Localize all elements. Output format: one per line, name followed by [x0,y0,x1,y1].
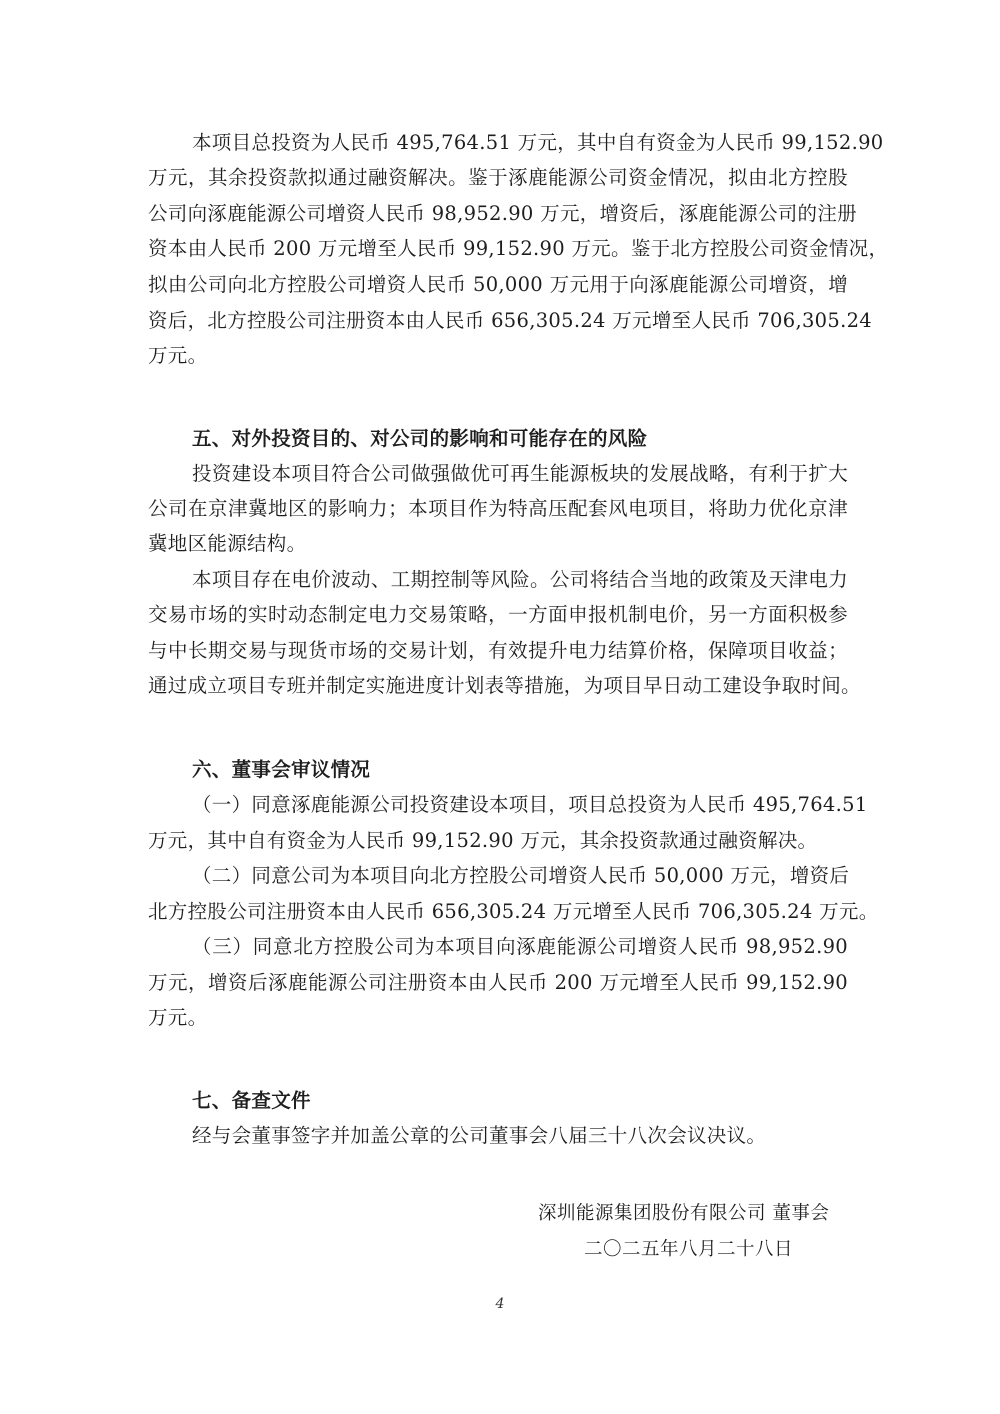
text-line: 万元，增资后涿鹿能源公司注册资本由人民币 200 万元增至人民币 99,152.… [148,971,848,995]
text-line: （一）同意涿鹿能源公司投资建设本项目，项目总投资为人民币 495,764.51 [192,793,848,817]
text-line: 通过成立项目专班并制定实施进度计划表等措施，为项目早日动工建设争取时间。 [148,674,848,698]
text-line: 本项目存在电价波动、工期控制等风险。公司将结合当地的政策及天津电力 [192,568,848,592]
text-line: 北方控股公司注册资本由人民币 656,305.24 万元增至人民币 706,30… [148,900,848,924]
text-line: 资本由人民币 200 万元增至人民币 99,152.90 万元。鉴于北方控股公司… [148,237,848,261]
text-line: （二）同意公司为本项目向北方控股公司增资人民币 50,000 万元，增资后 [192,864,848,888]
section-heading: 七、备查文件 [192,1089,892,1113]
company-signature: 深圳能源集团股份有限公司 董事会 [538,1202,829,1226]
section-heading: 五、对外投资目的、对公司的影响和可能存在的风险 [192,427,892,451]
text-line: 投资建设本项目符合公司做强做优可再生能源板块的发展战略，有利于扩大 [192,462,848,486]
section-heading: 六、董事会审议情况 [192,758,892,782]
text-line: （三）同意北方控股公司为本项目向涿鹿能源公司增资人民币 98,952.90 [192,935,848,959]
text-line: 交易市场的实时动态制定电力交易策略，一方面申报机制电价，另一方面积极参 [148,603,848,627]
text-line: 万元。 [148,344,848,368]
text-line: 经与会董事签字并加盖公章的公司董事会八届三十八次会议决议。 [192,1124,848,1148]
document-page: 本项目总投资为人民币 495,764.51 万元，其中自有资金为人民币 99,1… [0,0,1000,1414]
text-line: 万元，其中自有资金为人民币 99,152.90 万元，其余投资款通过融资解决。 [148,829,848,853]
text-line: 公司在京津冀地区的影响力；本项目作为特高压配套风电项目，将助力优化京津 [148,497,848,521]
text-line: 冀地区能源结构。 [148,532,848,556]
signature-date: 二〇二五年八月二十八日 [584,1238,793,1262]
page-number: 4 [490,1296,510,1312]
text-line: 万元，其余投资款拟通过融资解决。鉴于涿鹿能源公司资金情况，拟由北方控股 [148,166,848,190]
text-line: 拟由公司向北方控股公司增资人民币 50,000 万元用于向涿鹿能源公司增资，增 [148,273,848,297]
text-line: 与中长期交易与现货市场的交易计划，有效提升电力结算价格，保障项目收益； [148,639,848,663]
text-line: 公司向涿鹿能源公司增资人民币 98,952.90 万元，增资后，涿鹿能源公司的注… [148,202,848,226]
text-line: 万元。 [148,1006,848,1030]
text-line: 本项目总投资为人民币 495,764.51 万元，其中自有资金为人民币 99,1… [192,131,848,155]
text-line: 资后，北方控股公司注册资本由人民币 656,305.24 万元增至人民币 706… [148,309,848,333]
